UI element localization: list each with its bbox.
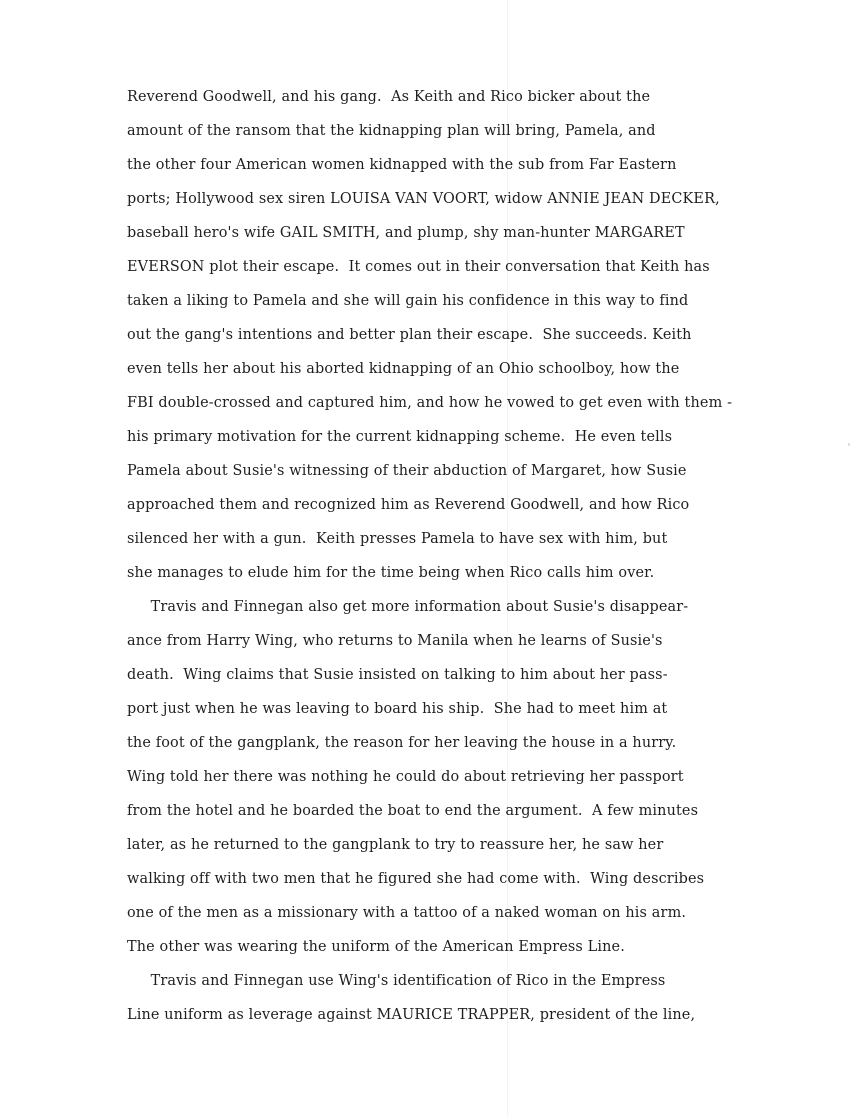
text-line: port just when he was leaving to board h… [127,696,817,730]
document-page: Reverend Goodwell, and his gang. As Keit… [0,0,862,1116]
text-line: the foot of the gangplank, the reason fo… [127,730,817,764]
body-text: Reverend Goodwell, and his gang. As Keit… [127,84,827,1036]
text-line: baseball hero's wife GAIL SMITH, and plu… [127,220,817,254]
text-line: his primary motivation for the current k… [127,424,817,458]
text-line: taken a liking to Pamela and she will ga… [127,288,817,322]
text-line: even tells her about his aborted kidnapp… [127,356,817,390]
text-line: approached them and recognized him as Re… [127,492,817,526]
text-line: Line uniform as leverage against MAURICE… [127,1002,817,1036]
text-line: Pamela about Susie's witnessing of their… [127,458,817,492]
text-line: ports; Hollywood sex siren LOUISA VAN VO… [127,186,817,220]
text-line: Travis and Finnegan use Wing's identific… [127,968,817,1002]
text-line: walking off with two men that he figured… [127,866,817,900]
text-line: out the gang's intentions and better pla… [127,322,817,356]
scan-speck [848,443,850,446]
text-line: from the hotel and he boarded the boat t… [127,798,817,832]
text-line: later, as he returned to the gangplank t… [127,832,817,866]
text-line: ance from Harry Wing, who returns to Man… [127,628,817,662]
text-line: one of the men as a missionary with a ta… [127,900,817,934]
text-line: Wing told her there was nothing he could… [127,764,817,798]
text-line: the other four American women kidnapped … [127,152,817,186]
text-line: she manages to elude him for the time be… [127,560,817,594]
text-line: death. Wing claims that Susie insisted o… [127,662,817,696]
text-line: FBI double-crossed and captured him, and… [127,390,817,424]
text-line: Travis and Finnegan also get more inform… [127,594,817,628]
text-line: EVERSON plot their escape. It comes out … [127,254,817,288]
text-line: silenced her with a gun. Keith presses P… [127,526,817,560]
text-line: The other was wearing the uniform of the… [127,934,817,968]
text-line: Reverend Goodwell, and his gang. As Keit… [127,84,817,118]
text-line: amount of the ransom that the kidnapping… [127,118,817,152]
